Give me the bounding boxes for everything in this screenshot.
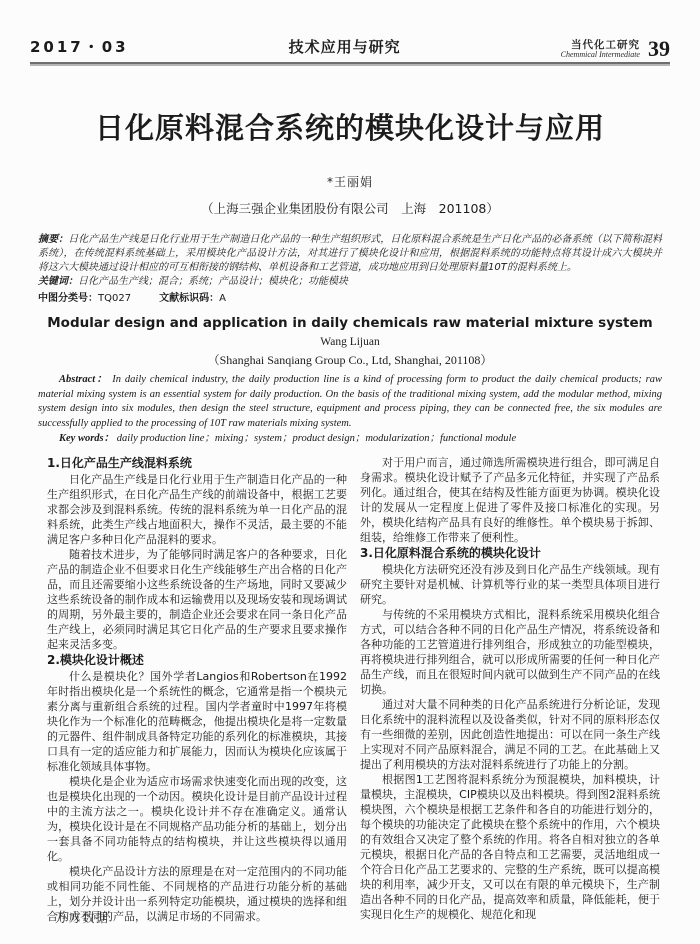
running-head: 2017・03 技术应用与研究 当代化工研究 Chemmical Interme… [30, 36, 670, 59]
body-paragraph: 什么是模块化？国外学者Langios和Robertson在1992年时指出模块化… [47, 669, 347, 774]
article-body: 1.日化产品生产线混料系统日化产品生产线是日化行业用于生产制造日化产品的一种生产… [47, 455, 660, 924]
journal-block: 当代化工研究 Chemmical Intermediate 39 [561, 39, 670, 59]
author-en: Wang Lijuan [0, 336, 700, 348]
section-heading: 3.日化原料混合系统的模块化设计 [360, 545, 660, 562]
wanfang-watermark: 万方数据 [55, 908, 109, 926]
section-heading: 1.日化产品生产线混料系统 [47, 455, 347, 472]
journal-names: 当代化工研究 Chemmical Intermediate [561, 40, 640, 59]
keywords-label-cn: 关键词： [38, 276, 78, 287]
keywords-cn: 关键词：日化产品生产线；混合；系统；产品设计；模块化；功能模块 [38, 275, 662, 289]
body-paragraph: 模块化方法研究还没有涉及到日化产品生产线领域。现有研究主要针对是机械、计算机等行… [360, 562, 660, 607]
left-column: 1.日化产品生产线混料系统日化产品生产线是日化行业用于生产制造日化产品的一种生产… [47, 455, 347, 924]
body-paragraph: 日化产品生产线是日化行业用于生产制造日化产品的一种生产组织形式，在日化产品生产线… [47, 472, 347, 547]
doc-code-value: A [219, 293, 226, 304]
author-cn: *王丽娟 [0, 173, 700, 190]
keywords-text-cn: 日化产品生产线；混合；系统；产品设计；模块化；功能模块 [78, 276, 348, 287]
body-paragraph: 对于用户而言，通过筛选所需模块进行组合，即可满足自身需求。模块化设计赋予了产品多… [360, 455, 660, 545]
clc-label: 中图分类号： [38, 293, 98, 304]
abstract-label-cn: 摘要： [38, 234, 68, 245]
body-paragraph: 与传统的不采用模块方式相比，混料系统采用模块化组合方式，可以结合各种不同的日化产… [360, 607, 660, 697]
body-paragraph: 通过对大量不同种类的日化产品系统进行分析论证，发现日化系统中的混料流程以及设备类… [360, 697, 660, 772]
section-name: 技术应用与研究 [289, 36, 401, 59]
section-heading: 2.模块化设计概述 [47, 652, 347, 669]
abstract-text-cn: 日化产品生产线是日化行业用于生产制造日化产品的一种生产组织形式，日化原料混合系统… [38, 234, 662, 273]
journal-name-en: Chemmical Intermediate [561, 51, 640, 59]
body-paragraph: 随着技术进步，为了能够同时满足客户的各种要求，日化产品的制造企业不但要求日化生产… [47, 547, 347, 652]
body-paragraph: 模块化是企业为适应市场需求快速变化而出现的改变，这也是模块化出现的一个动因。模块… [47, 774, 347, 864]
abstract-cn: 摘要：日化产品生产线是日化行业用于生产制造日化产品的一种生产组织形式，日化原料混… [38, 233, 662, 275]
keywords-en: Key words： daily production line；mixing；… [38, 432, 662, 447]
abstract-en: Abstract： In daily chemical industry, th… [38, 373, 662, 431]
right-column: 对于用户而言，通过筛选所需模块进行组合，即可满足自身需求。模块化设计赋予了产品多… [360, 455, 660, 924]
clc-value: TQ027 [98, 293, 131, 304]
page-number: 39 [648, 39, 670, 59]
header-rule [30, 62, 670, 66]
affiliation-en: （Shanghai Sanqiang Group Co., Ltd, Shang… [0, 351, 700, 368]
body-paragraph: 根据图1工艺图将混料系统分为预混模块，加料模块，计量模块，主混模块，CIP模块以… [360, 772, 660, 922]
issue-label: 2017・03 [30, 36, 129, 59]
article-title-en: Modular design and application in daily … [0, 315, 700, 331]
abstract-text-en: In daily chemical industry, the daily pr… [38, 374, 662, 429]
keywords-label-en: Key words： [59, 433, 114, 444]
article-title-cn: 日化原料混合系统的模块化设计与应用 [0, 106, 700, 147]
journal-name-cn: 当代化工研究 [571, 40, 640, 51]
keywords-text-en: daily production line；mixing；system；prod… [117, 433, 516, 444]
abstract-label-en: Abstract： [59, 374, 108, 385]
clc-line: 中图分类号：TQ027文献标识码：A [38, 292, 662, 306]
doc-code-label: 文献标识码： [159, 293, 219, 304]
affiliation-cn: （上海三强企业集团股份有限公司 上海 201108） [0, 199, 700, 217]
